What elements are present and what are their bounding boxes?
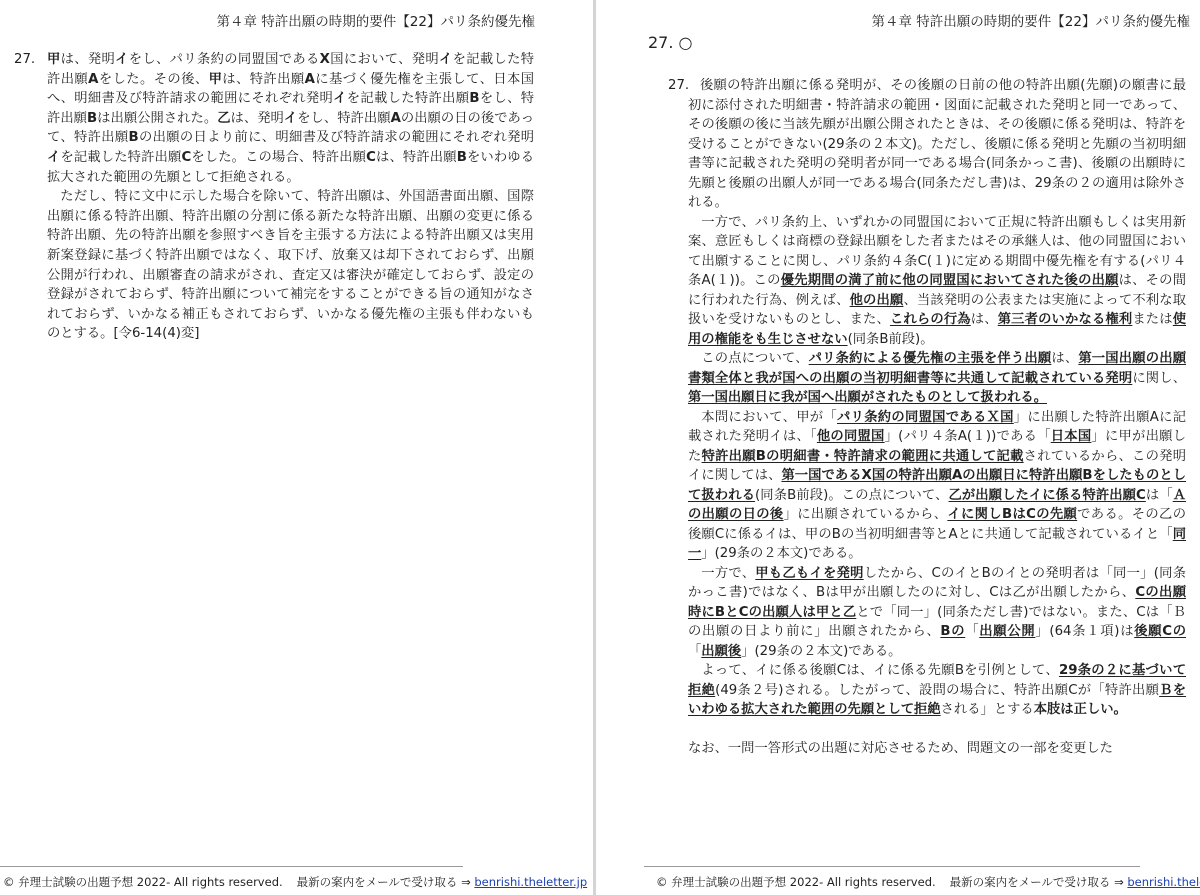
explanation-body: 後願の特許出願に係る発明が、その後願の日前の他の特許出願(先願)の願書に最初に添… bbox=[688, 76, 1186, 758]
emphasis-text: 甲も乙もイを発明 bbox=[755, 566, 863, 581]
copyright-text: © 弁理士試験の出題予想 2022- All rights reserved. bbox=[656, 875, 936, 889]
emphasis-text: 第一国出願日に我が国へ出願がされたものとして扱われる。 bbox=[688, 390, 1047, 405]
emphasis-text: イに関しBはCの先願 bbox=[947, 507, 1077, 522]
emphasis-text: 出願公開 bbox=[979, 624, 1035, 639]
conclusion-text: 本肢は正しい。 bbox=[1034, 702, 1127, 717]
question-paragraph-1: 甲は、発明イをし、パリ条約の同盟国であるX国において、発明イを記載した特許出願A… bbox=[47, 50, 534, 187]
explanation-paragraph: 一方で、甲も乙もイを発明したから、CのイとBのイとの発明者は「同一」(同条かっこ… bbox=[688, 564, 1186, 662]
newsletter-link[interactable]: benrishi.theletter.jp bbox=[474, 875, 587, 889]
emphasis-text: 特許出願Bの明細書・特許請求の範囲に共通して記載 bbox=[702, 449, 1024, 464]
footer: © 弁理士試験の出題予想 2022- All rights reserved.最… bbox=[0, 866, 463, 890]
answer-page: 第４章 特許出願の時期的要件【22】パリ条約優先権 27. ○ 27. 後願の特… bbox=[596, 0, 1200, 895]
emphasis-text: パリ条約の同盟国であるＸ国 bbox=[837, 410, 1014, 425]
emphasis-text: これらの行為 bbox=[890, 312, 971, 327]
explanation-paragraph: よって、イに係る後願Cは、イに係る先願Bを引例として、29条の２に基づいて拒絶(… bbox=[688, 661, 1186, 720]
explanation-number: 27. bbox=[668, 76, 689, 96]
emphasis-text: 出願後 bbox=[701, 644, 741, 659]
question-body: 甲は、発明イをし、パリ条約の同盟国であるX国において、発明イを記載した特許出願A… bbox=[47, 50, 534, 344]
question-page: 第４章 特許出願の時期的要件【22】パリ条約優先権 27. 甲は、発明イをし、パ… bbox=[0, 0, 593, 895]
emphasis-text: パリ条約による優先権の主張を伴う出願 bbox=[809, 351, 1052, 366]
question-number: 27. bbox=[14, 50, 35, 70]
running-head: 第４章 特許出願の時期的要件【22】パリ条約優先権 bbox=[872, 10, 1190, 30]
emphasis-text: 後願Cの bbox=[1134, 624, 1186, 639]
question-paragraph-2: ただし、特に文中に示した場合を除いて、特許出願は、外国語書面出願、国際出願に係る… bbox=[47, 187, 534, 344]
newsletter-cta-text: 最新の案内をメールで受け取る ⇒ bbox=[950, 875, 1124, 889]
emphasis-text: 優先期間の満了前に他の同盟国においてされた後の出願 bbox=[781, 273, 1119, 288]
emphasis-text: Bの bbox=[940, 624, 965, 639]
answer-verdict: 27. ○ bbox=[648, 33, 693, 52]
newsletter-cta-text: 最新の案内をメールで受け取る ⇒ bbox=[297, 875, 471, 889]
copyright-text: © 弁理士試験の出題予想 2022- All rights reserved. bbox=[3, 875, 283, 889]
explanation-block: 27. 後願の特許出願に係る発明が、その後願の日前の他の特許出願(先願)の願書に… bbox=[668, 76, 1186, 758]
explanation-paragraph: この点について、パリ条約による優先権の主張を伴う出願は、第一国出願の出願書類全体… bbox=[688, 349, 1186, 408]
emphasis-text: 乙が出願したイに係る特許出願C bbox=[948, 488, 1145, 503]
footer: © 弁理士試験の出題予想 2022- All rights reserved.最… bbox=[644, 866, 1140, 890]
editorial-note: なお、一問一答形式の出題に対応させるため、問題文の一部を変更した bbox=[688, 739, 1186, 759]
emphasis-text: 第三者のいかなる権利 bbox=[998, 312, 1133, 327]
newsletter-link[interactable]: benrishi.theletter.jp bbox=[1127, 875, 1200, 889]
explanation-paragraph: 後願の特許出願に係る発明が、その後願の日前の他の特許出願(先願)の願書に最初に添… bbox=[688, 76, 1186, 213]
emphasis-text: 日本国 bbox=[1051, 429, 1092, 444]
explanation-paragraph: 一方で、パリ条約上、いずれかの同盟国において正規に特許出願もしくは実用新案、意匠… bbox=[688, 213, 1186, 350]
explanation-paragraph: 本問において、甲が「パリ条約の同盟国であるＸ国」に出願した特許出願Aに記載された… bbox=[688, 408, 1186, 564]
running-head: 第４章 特許出願の時期的要件【22】パリ条約優先権 bbox=[217, 10, 535, 30]
emphasis-text: 他の出願 bbox=[850, 293, 904, 308]
question-block: 27. 甲は、発明イをし、パリ条約の同盟国であるX国において、発明イを記載した特… bbox=[14, 50, 534, 344]
emphasis-text: 他の同盟国 bbox=[817, 429, 885, 444]
